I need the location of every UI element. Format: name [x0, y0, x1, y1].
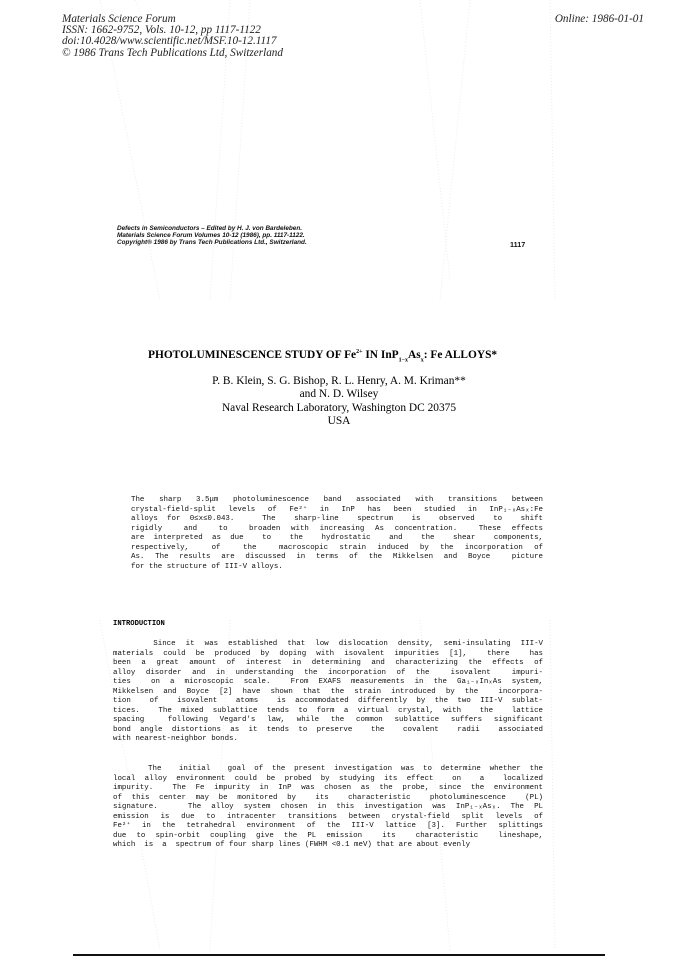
footnote-rule	[73, 954, 605, 956]
paragraph-line: materials could be produced by doping wi…	[113, 650, 543, 660]
abstract-line: The sharp 3.5μm photoluminescence band a…	[131, 496, 543, 506]
paragraph-line: bond angle distortions as it tends to pr…	[113, 726, 543, 736]
abstract-line: rigidly and to broaden with increasing A…	[131, 525, 543, 535]
title-part-3: As	[408, 349, 421, 361]
introduction-paragraph-2: The initial goal of the present investig…	[113, 765, 543, 851]
abstract-line: alloys for 0≤x≤0.043. The sharp-line spe…	[131, 515, 543, 525]
doi-link[interactable]: doi:10.4028/www.scientific.net/MSF.10-12…	[62, 36, 283, 47]
title-part-2: IN InP	[363, 349, 399, 361]
title-part-4: : Fe ALLOYS*	[424, 349, 497, 361]
paragraph-line: alloy disorder and in understanding the …	[113, 669, 543, 679]
online-date: Online: 1986-01-01	[555, 14, 644, 25]
paragraph-line: which is a spectrum of four sharp lines …	[113, 841, 543, 851]
author-block: P. B. Klein, S. G. Bishop, R. L. Henry, …	[0, 375, 678, 429]
abstract-line: As. The results are discussed in terms o…	[131, 553, 543, 563]
abstract: The sharp 3.5μm photoluminescence band a…	[131, 496, 543, 572]
abstract-line: respectively, of the macroscopic strain …	[131, 544, 543, 554]
paragraph-line: tices. The mixed sublattice tends to for…	[113, 707, 543, 717]
authors-line-1: P. B. Klein, S. G. Bishop, R. L. Henry, …	[0, 375, 678, 388]
paragraph-line: emission is due to intracenter transitio…	[113, 813, 543, 823]
abstract-line: for the structure of III-V alloys.	[131, 563, 543, 573]
paragraph-line: impurity. The Fe impurity in InP was cho…	[113, 784, 543, 794]
title-subscript-1: 1−x	[399, 357, 408, 363]
paragraph-line: signature. The alloy system chosen in th…	[113, 803, 543, 813]
paragraph-line: with nearest-neighbor bonds.	[113, 735, 543, 745]
paragraph-line: due to spin-orbit coupling give the PL e…	[113, 832, 543, 842]
country: USA	[0, 415, 678, 428]
paragraph-line: ties on a microscopic scale. From EXAFS …	[113, 678, 543, 688]
section-heading-introduction: INTRODUCTION	[113, 620, 165, 628]
abstract-line: are interpreted as due to the hydrostati…	[131, 534, 543, 544]
paragraph-line: been a great amount of interest in deter…	[113, 659, 543, 669]
pubinfo-line-3: Copyright® 1986 by Trans Tech Publicatio…	[117, 239, 307, 246]
copyright-line: © 1986 Trans Tech Publications Ltd, Swit…	[62, 48, 283, 59]
page-number: 1117	[510, 240, 525, 249]
authors-line-2: and N. D. Wilsey	[0, 388, 678, 401]
affiliation: Naval Research Laboratory, Washington DC…	[0, 402, 678, 415]
paragraph-line: tion of isovalent atoms is accommodated …	[113, 697, 543, 707]
paragraph-line: of this center may be monitored by its c…	[113, 794, 543, 804]
paragraph-line: spacing following Vegard's law, while th…	[113, 716, 543, 726]
abstract-line: crystal-field-split levels of Fe²⁺ in In…	[131, 506, 543, 516]
publication-info: Defects in Semiconductors – Edited by H.…	[117, 225, 307, 247]
introduction-paragraph-1: Since it was established that low disloc…	[113, 640, 543, 745]
pubinfo-line-1: Defects in Semiconductors – Edited by H.…	[117, 225, 307, 232]
paragraph-line: Mikkelsen and Boyce [2] have shown that …	[113, 688, 543, 698]
paragraph-line: local alloy environment could be probed …	[113, 775, 543, 785]
journal-metadata: Materials Science Forum ISSN: 1662-9752,…	[62, 14, 283, 59]
title-part-1: PHOTOLUMINESCENCE STUDY OF Fe	[148, 349, 356, 361]
paragraph-line: Fe²⁺ in the tetrahedral environment of t…	[113, 822, 543, 832]
paragraph-line: The initial goal of the present investig…	[113, 765, 543, 775]
article-title: PHOTOLUMINESCENCE STUDY OF Fe2+ IN InP1−…	[148, 349, 497, 363]
paragraph-line: Since it was established that low disloc…	[113, 640, 543, 650]
